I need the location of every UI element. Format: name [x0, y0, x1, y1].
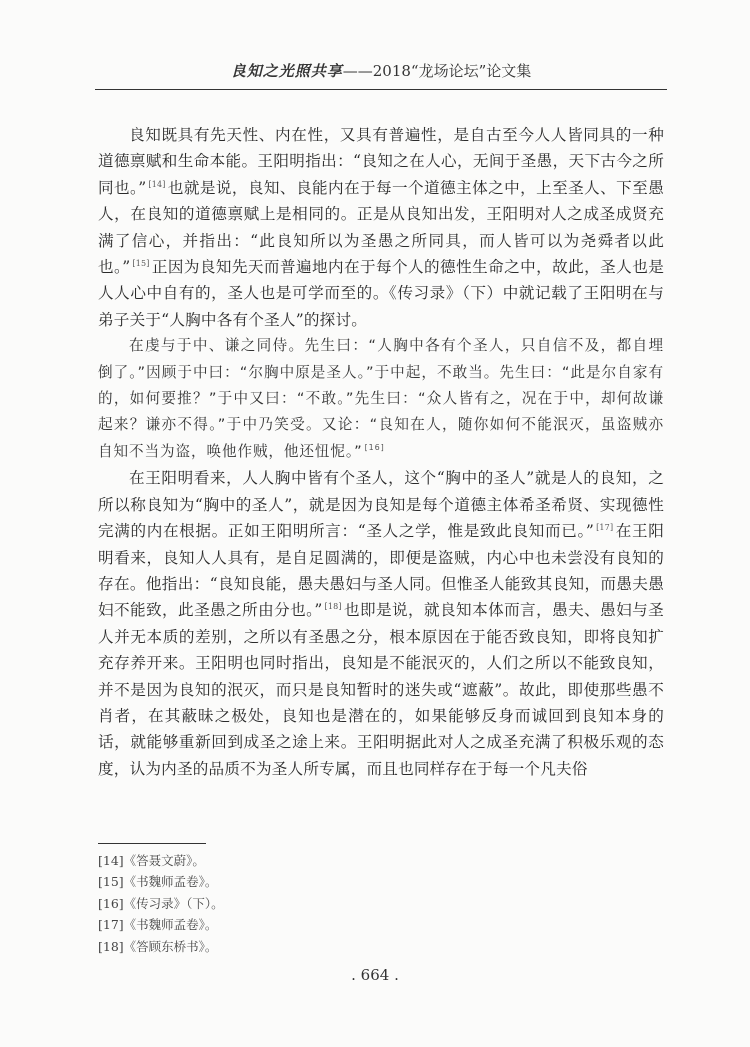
footnote-text: 《传习录》（下）。 — [124, 896, 224, 911]
footnote-ref[interactable]: [17] — [596, 523, 613, 532]
footnote-ref[interactable]: [15] — [132, 259, 149, 268]
footnote-divider — [98, 843, 206, 844]
footnote-ref[interactable]: [16] — [365, 443, 385, 452]
footnote-number: [18] — [98, 939, 124, 954]
paragraph-3: 在王阳明看来，人人胸中皆有个圣人，这个“胸中的圣人”就是人的良知，之所以称良知为… — [98, 465, 664, 782]
footnote-18: [18]《答顾东桥书》。 — [98, 936, 398, 957]
paragraph-text: 在王阳明看来，人人胸中皆有个圣人，这个“胸中的圣人”就是人的良知，之所以称良知为… — [98, 469, 664, 540]
footnote-number: [16] — [98, 896, 124, 911]
block-quote: 在虔与于中、谦之同侍。先生曰：“人胸中各有个圣人，只自信不及，都自埋倒了。”因顾… — [98, 333, 664, 465]
book-title-calligraphy: 良知之光照共享 — [231, 62, 343, 80]
page-number: . 664 . — [0, 966, 750, 984]
footnote-text: 《答聂文蔚》。 — [124, 853, 205, 868]
footnote-ref[interactable]: [18] — [325, 602, 342, 611]
footnote-14: [14]《答聂文蔚》。 — [98, 850, 398, 871]
footnote-15: [15]《书魏师孟卷》。 — [98, 871, 398, 892]
footnote-number: [17] — [98, 917, 124, 932]
footnote-number: [14] — [98, 853, 124, 868]
footnote-text: 《答顾东桥书》。 — [124, 939, 218, 954]
footnote-text: 《书魏师孟卷》。 — [124, 917, 218, 932]
header-divider — [95, 89, 667, 90]
footnote-17: [17]《书魏师孟卷》。 — [98, 914, 398, 935]
book-subtitle: ——2018“龙场论坛”论文集 — [343, 62, 532, 80]
paragraph-1: 良知既具有先天性、内在性，又具有普遍性，是自古至今人人皆同具的一种道德禀赋和生命… — [98, 122, 664, 333]
running-header: 良知之光照共享——2018“龙场论坛”论文集 — [97, 60, 665, 90]
footnote-16: [16]《传习录》（下）。 — [98, 893, 398, 914]
footnote-ref[interactable]: [14] — [148, 180, 165, 189]
footnotes: [14]《答聂文蔚》。 [15]《书魏师孟卷》。 [16]《传习录》（下）。 [… — [98, 850, 398, 957]
footnote-number: [15] — [98, 874, 124, 889]
main-body: 良知既具有先天性、内在性，又具有普遍性，是自古至今人人皆同具的一种道德禀赋和生命… — [98, 122, 664, 782]
quote-text: 在虔与于中、谦之同侍。先生曰：“人胸中各有个圣人，只自信不及，都自埋倒了。”因顾… — [98, 337, 664, 460]
paragraph-text: 正因为良知先天而普遍地内在于每个人的德性生命之中，故此，圣人也是人人心中自有的，… — [98, 258, 664, 329]
footnote-text: 《书魏师孟卷》。 — [124, 874, 218, 889]
paragraph-text: 也即是说，就良知本体而言，愚夫、愚妇与圣人并无本质的差别，之所以有圣愚之分，根本… — [98, 601, 664, 777]
